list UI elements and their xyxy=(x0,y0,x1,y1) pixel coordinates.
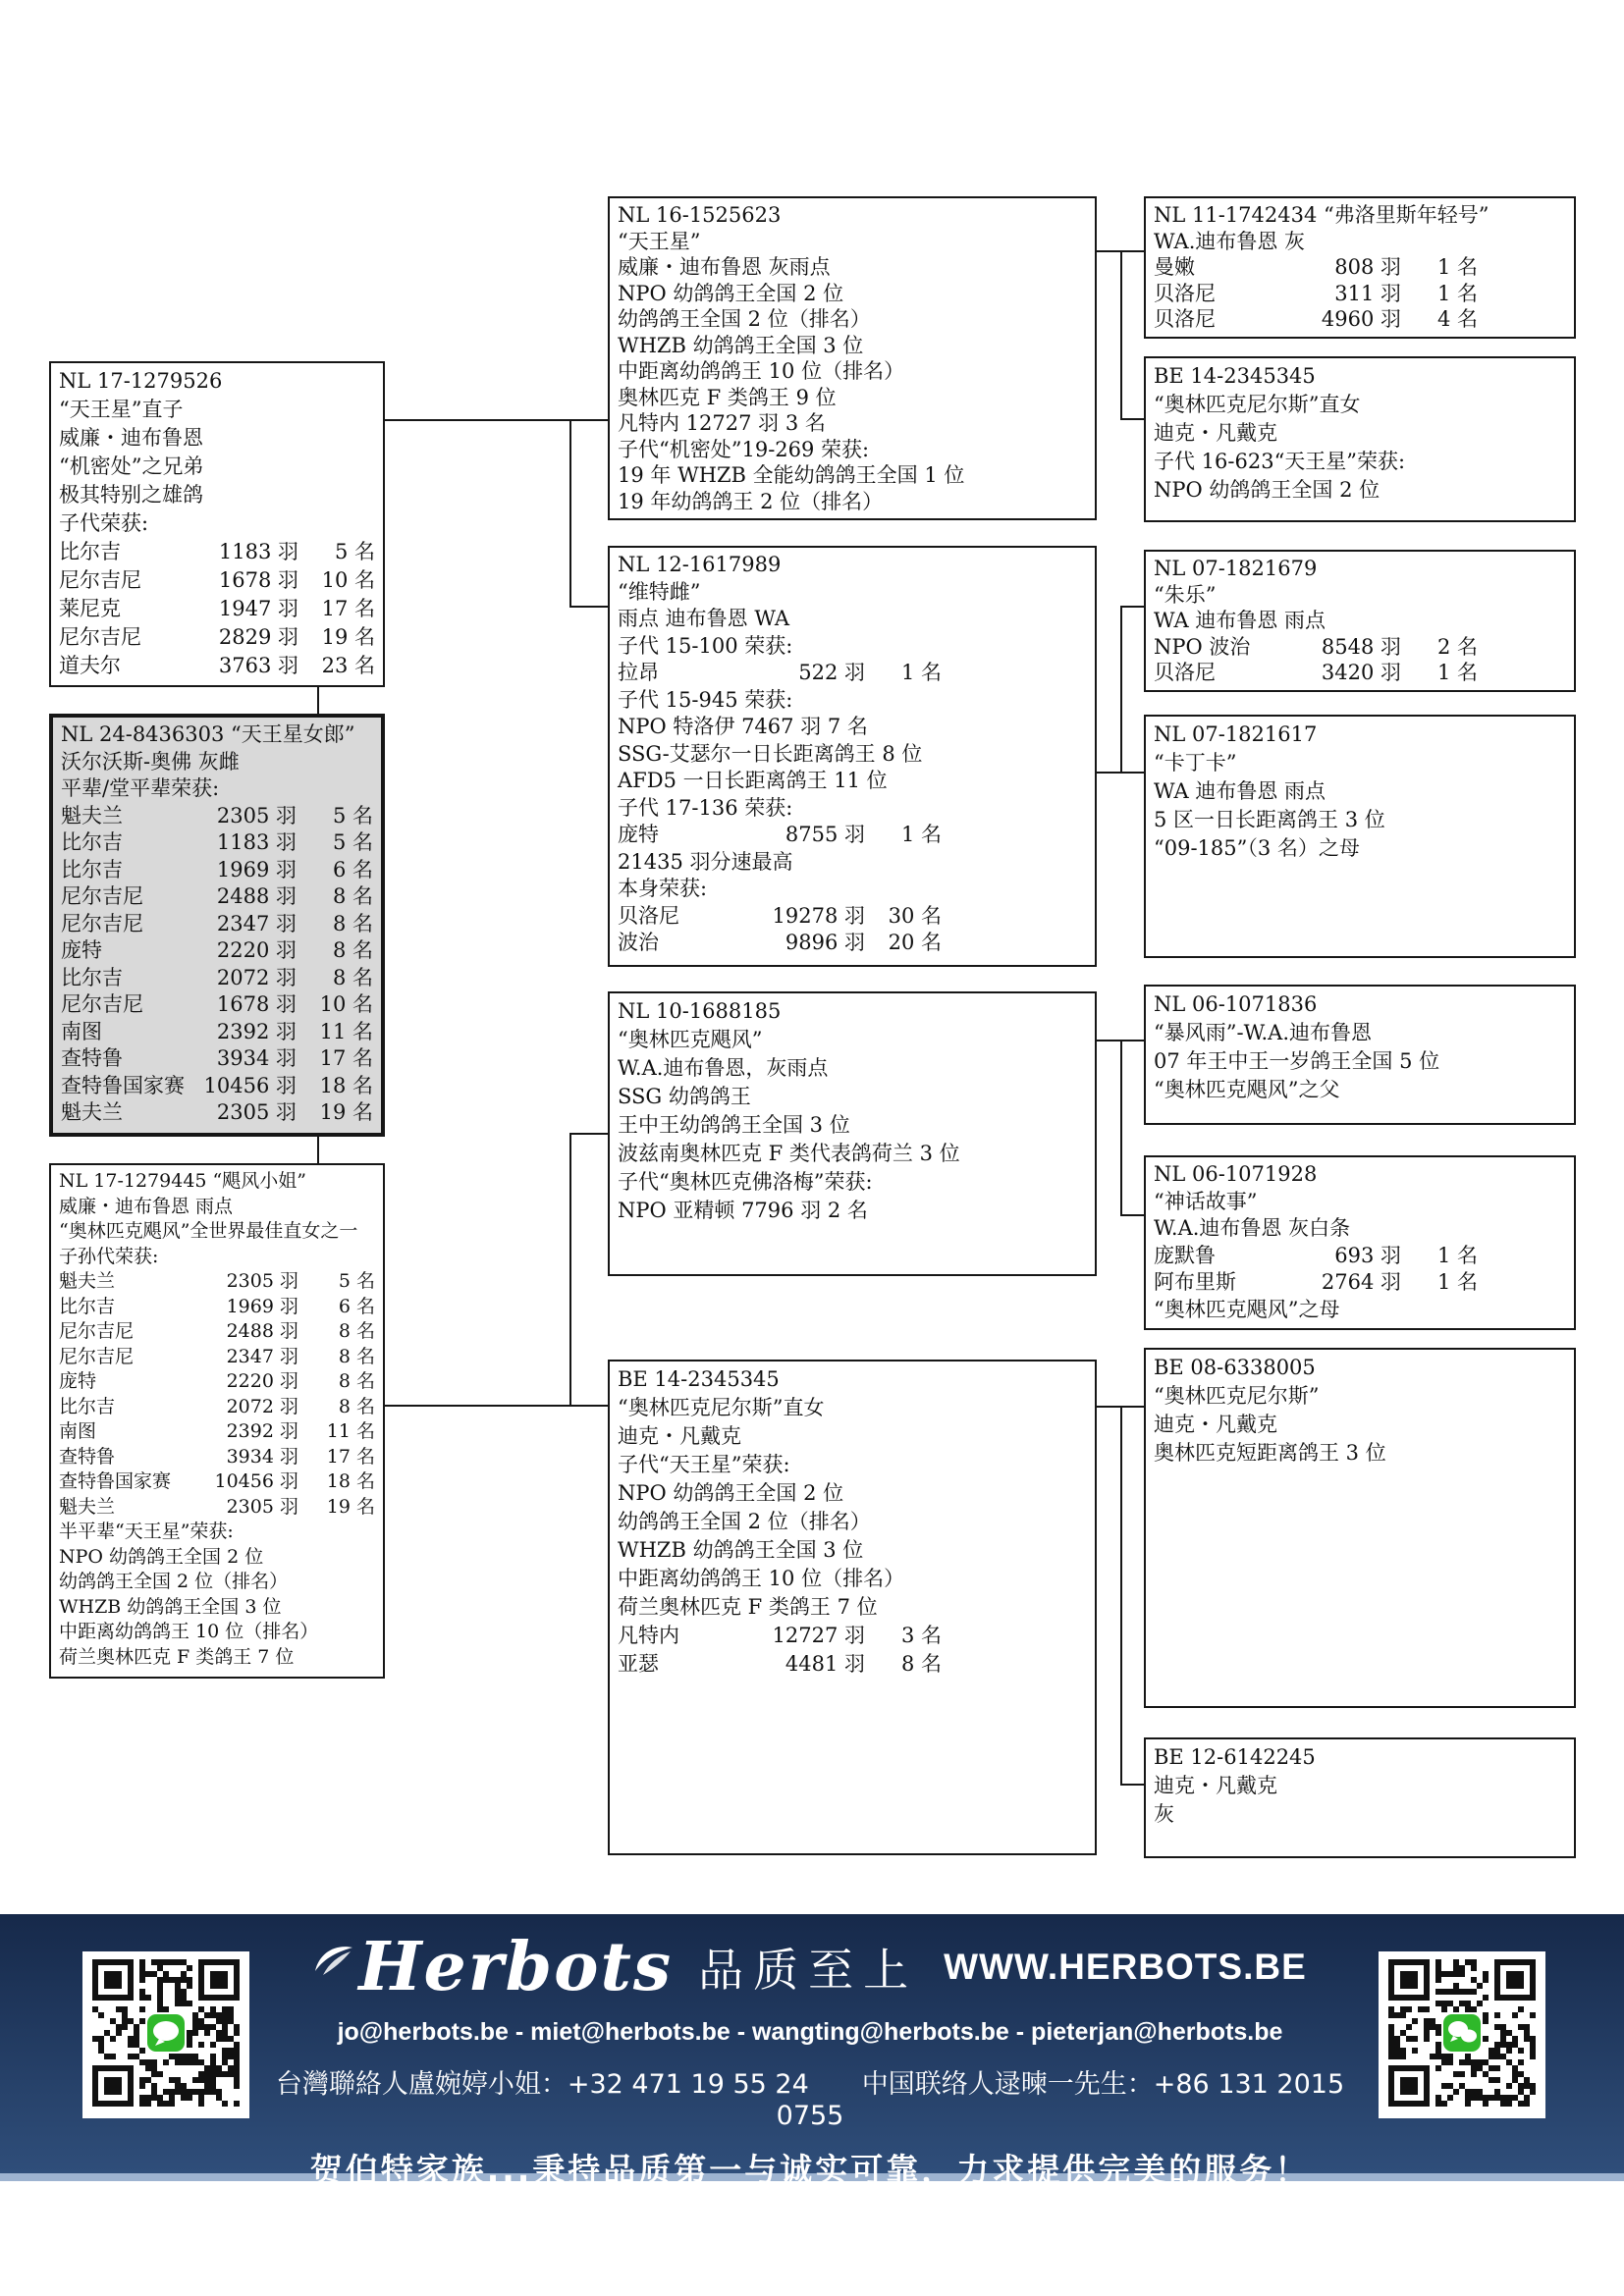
race-result-row: 比尔吉1183 羽5 名 xyxy=(61,829,373,857)
box-text-line: 子代荣获: xyxy=(59,509,375,538)
box-text-line: NL 07-1821617 xyxy=(1154,721,1566,749)
race-name: 比尔吉 xyxy=(59,538,192,566)
race-result-row: 亚瑟4481 羽8 名 xyxy=(618,1650,942,1679)
box-text-line: 19 年幼鸽鸽王 2 位（排名） xyxy=(618,489,1087,515)
race-result-row: 曼嫩808 羽1 名 xyxy=(1154,254,1478,281)
box-text-line: NPO 幼鸽鸽王全国 2 位 xyxy=(1154,476,1566,505)
box-text-line: NPO 幼鸽鸽王全国 2 位 xyxy=(59,1545,375,1571)
race-result-row: 尼尔吉尼2347 羽8 名 xyxy=(59,1345,375,1370)
pedigree-box-l1: NL 17-1279526“天王星”直子威廉・迪布鲁恩“机密处”之兄弟极其特别之… xyxy=(49,361,385,687)
prize-place: 20 名 xyxy=(865,930,942,957)
race-name: 波治 xyxy=(618,930,759,957)
race-result-row: 庞特2220 羽8 名 xyxy=(59,1369,375,1395)
birds-count: 693 羽 xyxy=(1295,1243,1401,1270)
race-name: 凡特内 xyxy=(618,1622,759,1650)
race-name: 比尔吉 xyxy=(61,965,190,992)
box-text-line: “暴风雨”-W.A.迪布鲁恩 xyxy=(1154,1019,1566,1047)
prize-place: 8 名 xyxy=(297,937,373,965)
birds-count: 2305 羽 xyxy=(190,1099,297,1127)
race-result-row: 魁夫兰2305 羽5 名 xyxy=(61,803,373,830)
box-text-line: 奥林匹克短距离鸽王 3 位 xyxy=(1154,1439,1566,1468)
email-list: jo@herbots.be - miet@herbots.be - wangti… xyxy=(250,2018,1370,2047)
birds-count: 3934 羽 xyxy=(190,1045,297,1073)
connector-line xyxy=(317,1137,319,1163)
box-text-line: SSG 幼鸽鸽王 xyxy=(618,1083,1087,1111)
prize-place: 8 名 xyxy=(298,1345,375,1370)
connector-line xyxy=(1120,250,1122,419)
box-text-line: NL 06-1071928 xyxy=(1154,1161,1566,1189)
prize-place: 4 名 xyxy=(1401,306,1478,333)
race-name: 尼尔吉尼 xyxy=(61,991,190,1019)
race-result-row: 比尔吉2072 羽8 名 xyxy=(61,965,373,992)
box-text-line: AFD5 一日长距离鸽王 11 位 xyxy=(618,768,1087,795)
box-text-line: 子代 17-136 荣获: xyxy=(618,795,1087,823)
box-text-line: NL 17-1279445 “飓风小姐” xyxy=(59,1169,375,1195)
connector-line xyxy=(385,1405,608,1407)
birds-count: 2305 羽 xyxy=(192,1269,298,1295)
pedigree-box-r2: BE 14-2345345“奥林匹克尼尔斯”直女迪克・凡戴克子代 16-623“… xyxy=(1144,356,1576,522)
wechat-icon xyxy=(1388,1959,1536,2110)
box-text-line: 凡特内 12727 羽 3 名 xyxy=(618,410,1087,437)
prize-place: 1 名 xyxy=(865,660,942,687)
prize-place: 10 名 xyxy=(298,566,375,595)
pedigree-box-r5: NL 06-1071836“暴风雨”-W.A.迪布鲁恩07 年王中王一岁鸽王全国… xyxy=(1144,985,1576,1125)
birds-count: 10456 羽 xyxy=(190,1073,297,1100)
box-text-line: NL 16-1525623 xyxy=(618,202,1087,229)
connector-line xyxy=(569,419,571,607)
race-name: 查特鲁国家赛 xyxy=(61,1073,190,1100)
box-text-line: 荷兰奥林匹克 F 类鸽王 7 位 xyxy=(618,1593,1087,1622)
race-result-row: 查特鲁3934 羽17 名 xyxy=(61,1045,373,1073)
birds-count: 1183 羽 xyxy=(192,538,298,566)
prize-place: 19 名 xyxy=(297,1099,373,1127)
box-text-line: 子代 16-623“天王星”荣获: xyxy=(1154,448,1566,476)
race-name: 拉昂 xyxy=(618,660,759,687)
box-text-line: SSG-艾瑟尔一日长距离鸽王 8 位 xyxy=(618,741,1087,769)
race-name: 亚瑟 xyxy=(618,1650,759,1679)
box-text-line: NPO 幼鸽鸽王全国 2 位 xyxy=(618,281,1087,307)
box-text-line: 幼鸽鸽王全国 2 位（排名） xyxy=(618,306,1087,333)
box-text-line: NL 12-1617989 xyxy=(618,552,1087,579)
prize-place: 1 名 xyxy=(1401,660,1478,686)
prize-place: 6 名 xyxy=(297,857,373,884)
birds-count: 522 羽 xyxy=(759,660,865,687)
connector-line xyxy=(1120,1040,1122,1215)
race-name: 庞特 xyxy=(618,822,759,849)
birds-count: 2392 羽 xyxy=(190,1019,297,1046)
birds-count: 2072 羽 xyxy=(192,1395,298,1420)
birds-count: 2764 羽 xyxy=(1295,1269,1401,1297)
box-text-line: NPO 幼鸽鸽王全国 2 位 xyxy=(618,1479,1087,1508)
box-text-line: “维特雌” xyxy=(618,579,1087,607)
race-name: 尼尔吉尼 xyxy=(59,623,192,652)
prize-place: 19 名 xyxy=(298,1495,375,1521)
race-name: 庞默鲁 xyxy=(1154,1243,1295,1270)
race-name: 庞特 xyxy=(59,1369,192,1395)
race-name: 贝洛尼 xyxy=(1154,281,1295,307)
box-text-line: WA 迪布鲁恩 雨点 xyxy=(1154,608,1566,634)
prize-place: 1 名 xyxy=(1401,1243,1478,1270)
prize-place: 18 名 xyxy=(297,1073,373,1100)
box-text-line: 迪克・凡戴克 xyxy=(1154,1411,1566,1439)
prize-place: 5 名 xyxy=(297,803,373,830)
prize-place: 8 名 xyxy=(297,965,373,992)
birds-count: 2488 羽 xyxy=(190,883,297,911)
birds-count: 1183 羽 xyxy=(190,829,297,857)
birds-count: 19278 羽 xyxy=(759,903,865,931)
footer-content: Herbots 品质至上 WWW.HERBOTS.BE jo@herbots.b… xyxy=(250,1922,1370,2191)
box-text-line: “卡丁卡” xyxy=(1154,749,1566,777)
race-name: 比尔吉 xyxy=(59,1395,192,1420)
prize-place: 8 名 xyxy=(865,1650,942,1679)
prize-place: 19 名 xyxy=(298,623,375,652)
birds-count: 4481 羽 xyxy=(759,1650,865,1679)
race-result-row: 庞特8755 羽1 名 xyxy=(618,822,942,849)
prize-place: 8 名 xyxy=(298,1319,375,1345)
race-name: 魁夫兰 xyxy=(61,1099,190,1127)
box-text-line: 中距离幼鸽鸽王 10 位（排名） xyxy=(59,1620,375,1645)
box-text-line: 子代 15-945 荣获: xyxy=(618,687,1087,715)
birds-count: 10456 羽 xyxy=(192,1469,298,1495)
birds-count: 2072 羽 xyxy=(190,965,297,992)
race-name: 魁夫兰 xyxy=(59,1269,192,1295)
box-text-line: W.A.迪布鲁恩，灰雨点 xyxy=(618,1054,1087,1083)
race-result-row: 贝洛尼19278 羽30 名 xyxy=(618,903,942,931)
birds-count: 2220 羽 xyxy=(190,937,297,965)
prize-place: 11 名 xyxy=(297,1019,373,1046)
race-result-row: 莱尼克1947 羽17 名 xyxy=(59,595,375,623)
race-result-row: 尼尔吉尼1678 羽10 名 xyxy=(61,991,373,1019)
race-result-row: 庞特2220 羽8 名 xyxy=(61,937,373,965)
box-text-line: NPO 亚精顿 7796 羽 2 名 xyxy=(618,1197,1087,1225)
footer-tagline: 贺伯特家族...秉持品质第一与诚实可靠，力求提供完美的服务！ xyxy=(250,2145,1370,2191)
race-name: 比尔吉 xyxy=(61,857,190,884)
box-text-line: BE 14-2345345 xyxy=(1154,362,1566,391)
pedigree-box-m1: NL 16-1525623“天王星”威廉・迪布鲁恩 灰雨点NPO 幼鸽鸽王全国 … xyxy=(608,196,1097,520)
race-name: 尼尔吉尼 xyxy=(59,1345,192,1370)
race-name: 莱尼克 xyxy=(59,595,192,623)
race-name: 曼嫩 xyxy=(1154,254,1295,281)
race-result-row: 尼尔吉尼2347 羽8 名 xyxy=(61,911,373,938)
box-text-line: “奥林匹克尼尔斯”直女 xyxy=(618,1394,1087,1422)
box-text-line: NL 10-1688185 xyxy=(618,997,1087,1026)
race-result-row: 庞默鲁693 羽1 名 xyxy=(1154,1243,1478,1270)
box-text-line: “朱乐” xyxy=(1154,582,1566,609)
prize-place: 8 名 xyxy=(298,1395,375,1420)
race-name: 南图 xyxy=(59,1419,192,1445)
box-text-line: 中距离幼鸽鸽王 10 位（排名） xyxy=(618,1565,1087,1593)
prize-place: 11 名 xyxy=(298,1419,375,1445)
box-text-line: “奥林匹克飓风”之父 xyxy=(1154,1076,1566,1104)
box-text-line: “神话故事” xyxy=(1154,1189,1566,1216)
race-name: 比尔吉 xyxy=(61,829,190,857)
wechat-qr-code xyxy=(1379,1951,1545,2118)
box-text-line: 威廉・迪布鲁恩 xyxy=(59,424,375,453)
pedigree-box-r4: NL 07-1821617“卡丁卡”WA 迪布鲁恩 雨点5 区一日长距离鸽王 3… xyxy=(1144,715,1576,958)
box-text-line: 雨点 迪布鲁恩 WA xyxy=(618,606,1087,633)
box-text-line: WHZB 幼鸽鸽王全国 3 位 xyxy=(618,1536,1087,1565)
connector-line xyxy=(1120,606,1122,773)
box-text-line: “09-185”（3 名）之母 xyxy=(1154,834,1566,863)
race-result-row: 波治9896 羽20 名 xyxy=(618,930,942,957)
prize-place: 17 名 xyxy=(298,595,375,623)
contact-phones: 台灣聯絡人盧婉婷小姐：+32 471 19 55 24 中国联络人逯暕一先生：+… xyxy=(250,2062,1370,2131)
prize-place: 8 名 xyxy=(297,911,373,938)
race-result-row: 尼尔吉尼2488 羽8 名 xyxy=(59,1319,375,1345)
race-name: 魁夫兰 xyxy=(59,1495,192,1521)
race-name: 尼尔吉尼 xyxy=(59,1319,192,1345)
race-result-row: 南图2392 羽11 名 xyxy=(61,1019,373,1046)
pedigree-box-m4: BE 14-2345345“奥林匹克尼尔斯”直女迪克・凡戴克子代“天王星”荣获:… xyxy=(608,1360,1097,1855)
box-text-line: 子代 15-100 荣获: xyxy=(618,633,1087,661)
prize-place: 1 名 xyxy=(865,822,942,849)
box-text-line: 灰 xyxy=(1154,1800,1566,1829)
birds-count: 2305 羽 xyxy=(192,1495,298,1521)
prize-place: 5 名 xyxy=(297,829,373,857)
race-result-row: 查特鲁3934 羽17 名 xyxy=(59,1445,375,1470)
race-result-row: 查特鲁国家赛10456 羽18 名 xyxy=(61,1073,373,1100)
connector-line xyxy=(1120,1784,1144,1786)
prize-place: 1 名 xyxy=(1401,254,1478,281)
connector-line xyxy=(1120,418,1144,420)
box-text-line: “奥林匹克飓风” xyxy=(618,1026,1087,1054)
birds-count: 8755 羽 xyxy=(759,822,865,849)
prize-place: 1 名 xyxy=(1401,1269,1478,1297)
box-text-line: 07 年王中王一岁鸽王全国 5 位 xyxy=(1154,1047,1566,1076)
race-name: 查特鲁国家赛 xyxy=(59,1469,192,1495)
connector-line xyxy=(569,1133,608,1135)
prize-place: 17 名 xyxy=(298,1445,375,1470)
box-text-line: NPO 特洛伊 7467 羽 7 名 xyxy=(618,714,1087,741)
birds-count: 2347 羽 xyxy=(190,911,297,938)
prize-place: 3 名 xyxy=(865,1622,942,1650)
birds-count: 808 羽 xyxy=(1295,254,1401,281)
prize-place: 6 名 xyxy=(298,1295,375,1320)
race-result-row: 魁夫兰2305 羽5 名 xyxy=(59,1269,375,1295)
box-text-line: 荷兰奥林匹克 F 类鸽王 7 位 xyxy=(59,1645,375,1671)
connector-line xyxy=(569,1133,571,1406)
box-text-line: 子代“天王星”荣获: xyxy=(618,1451,1087,1479)
box-text-line: 幼鸽鸽王全国 2 位（排名） xyxy=(59,1570,375,1595)
box-text-line: NL 17-1279526 xyxy=(59,367,375,396)
prize-place: 5 名 xyxy=(298,1269,375,1295)
box-text-line: WA.迪布鲁恩 灰 xyxy=(1154,229,1566,255)
race-result-row: 拉昂522 羽1 名 xyxy=(618,660,942,687)
birds-count: 1969 羽 xyxy=(192,1295,298,1320)
race-name: 庞特 xyxy=(61,937,190,965)
box-text-line: 本身荣获: xyxy=(618,876,1087,903)
pedigree-sheet: NL 17-1279526“天王星”直子威廉・迪布鲁恩“机密处”之兄弟极其特别之… xyxy=(0,0,1624,2296)
race-name: 查特鲁 xyxy=(59,1445,192,1470)
race-result-row: 尼尔吉尼2829 羽19 名 xyxy=(59,623,375,652)
connector-line xyxy=(1120,606,1144,608)
box-text-line: “机密处”之兄弟 xyxy=(59,453,375,481)
box-text-line: 奥林匹克 F 类鸽王 9 位 xyxy=(618,385,1087,411)
pedigree-box-r3: NL 07-1821679“朱乐”WA 迪布鲁恩 雨点NPO 波治8548 羽2… xyxy=(1144,550,1576,692)
box-text-line: 幼鸽鸽王全国 2 位（排名） xyxy=(618,1508,1087,1536)
birds-count: 1947 羽 xyxy=(192,595,298,623)
box-text-line: “天王星” xyxy=(618,229,1087,255)
connector-line xyxy=(569,606,608,608)
box-text-line: 王中王幼鸽鸽王全国 3 位 xyxy=(618,1111,1087,1140)
birds-count: 2305 羽 xyxy=(190,803,297,830)
birds-count: 2392 羽 xyxy=(192,1419,298,1445)
box-text-line: 波兹南奥林匹克 F 类代表鸽荷兰 3 位 xyxy=(618,1140,1087,1168)
race-name: 阿布里斯 xyxy=(1154,1269,1295,1297)
brand-row: Herbots 品质至上 WWW.HERBOTS.BE xyxy=(250,1922,1370,2012)
prize-place: 23 名 xyxy=(298,652,375,680)
line-icon xyxy=(92,1959,240,2110)
birds-count: 2220 羽 xyxy=(192,1369,298,1395)
birds-count: 3934 羽 xyxy=(192,1445,298,1470)
race-name: 贝洛尼 xyxy=(1154,660,1295,686)
race-name: 尼尔吉尼 xyxy=(61,911,190,938)
box-text-line: 5 区一日长距离鸽王 3 位 xyxy=(1154,806,1566,834)
birds-count: 12727 羽 xyxy=(759,1622,865,1650)
prize-place: 2 名 xyxy=(1401,634,1478,661)
birds-count: 2829 羽 xyxy=(192,623,298,652)
prize-place: 8 名 xyxy=(297,883,373,911)
box-text-line: “奥林匹克飓风”之母 xyxy=(1154,1297,1566,1324)
connector-line xyxy=(317,687,319,714)
box-text-line: 子代“机密处”19-269 荣获: xyxy=(618,437,1087,463)
box-text-line: 平辈/堂平辈荣获: xyxy=(61,775,373,803)
race-result-row: NPO 波治8548 羽2 名 xyxy=(1154,634,1478,661)
box-text-line: 19 年 WHZB 全能幼鸽鸽王全国 1 位 xyxy=(618,462,1087,489)
race-result-row: 尼尔吉尼1678 羽10 名 xyxy=(59,566,375,595)
prize-place: 17 名 xyxy=(297,1045,373,1073)
box-text-line: 极其特别之雄鸽 xyxy=(59,481,375,509)
connector-line xyxy=(1120,1406,1122,1785)
race-name: 贝洛尼 xyxy=(1154,306,1295,333)
box-text-line: NL 11-1742434 “弗洛里斯年轻号” xyxy=(1154,202,1566,229)
race-result-row: 尼尔吉尼2488 羽8 名 xyxy=(61,883,373,911)
birds-count: 1678 羽 xyxy=(192,566,298,595)
race-result-row: 魁夫兰2305 羽19 名 xyxy=(59,1495,375,1521)
box-text-line: 子代“奥林匹克佛洛梅”荣获: xyxy=(618,1168,1087,1197)
connector-line xyxy=(385,419,608,421)
race-result-row: 查特鲁国家赛10456 羽18 名 xyxy=(59,1469,375,1495)
race-result-row: 凡特内12727 羽3 名 xyxy=(618,1622,942,1650)
prize-place: 10 名 xyxy=(297,991,373,1019)
race-result-row: 贝洛尼311 羽1 名 xyxy=(1154,281,1478,307)
race-name: 比尔吉 xyxy=(59,1295,192,1320)
race-result-row: 南图2392 羽11 名 xyxy=(59,1419,375,1445)
pedigree-box-r6: NL 06-1071928“神话故事”W.A.迪布鲁恩 灰白条庞默鲁693 羽1… xyxy=(1144,1155,1576,1330)
race-result-row: 比尔吉1969 羽6 名 xyxy=(59,1295,375,1320)
box-text-line: NL 07-1821679 xyxy=(1154,556,1566,582)
birds-count: 9896 羽 xyxy=(759,930,865,957)
pedigree-box-r1: NL 11-1742434 “弗洛里斯年轻号”WA.迪布鲁恩 灰曼嫩808 羽1… xyxy=(1144,196,1576,339)
birds-count: 2347 羽 xyxy=(192,1345,298,1370)
pedigree-box-r8: BE 12-6142245迪克・凡戴克灰 xyxy=(1144,1737,1576,1858)
race-result-row: 比尔吉1183 羽5 名 xyxy=(59,538,375,566)
feather-swoosh-icon xyxy=(313,1942,354,1987)
pedigree-box-l3: NL 17-1279445 “飓风小姐”威廉・迪布鲁恩 雨点“奥林匹克飓风”全世… xyxy=(49,1163,385,1679)
box-text-line: 半平辈“天王星”荣获: xyxy=(59,1520,375,1545)
box-text-line: 威廉・迪布鲁恩 雨点 xyxy=(59,1195,375,1220)
prize-place: 8 名 xyxy=(298,1369,375,1395)
box-text-line: 21435 羽分速最高 xyxy=(618,849,1087,877)
race-name: 尼尔吉尼 xyxy=(59,566,192,595)
box-text-line: “天王星”直子 xyxy=(59,396,375,424)
box-text-line: WHZB 幼鸽鸽王全国 3 位 xyxy=(618,333,1087,359)
race-name: NPO 波治 xyxy=(1154,634,1295,661)
box-text-line: “奥林匹克飓风”全世界最佳直女之一 xyxy=(59,1219,375,1245)
race-name: 道夫尔 xyxy=(59,652,192,680)
birds-count: 2488 羽 xyxy=(192,1319,298,1345)
herbots-logo: Herbots xyxy=(313,1928,673,2006)
connector-line xyxy=(1120,1214,1144,1216)
slogan-cn: 品质至上 xyxy=(698,1935,918,2000)
box-text-line: “奥林匹克尼尔斯” xyxy=(1154,1382,1566,1411)
box-text-line: 沃尔沃斯-奥佛 灰雌 xyxy=(61,749,373,776)
website-url: WWW.HERBOTS.BE xyxy=(944,1947,1307,1988)
box-text-line: BE 08-6338005 xyxy=(1154,1354,1566,1382)
birds-count: 1969 羽 xyxy=(190,857,297,884)
birds-count: 8548 羽 xyxy=(1295,634,1401,661)
race-result-row: 道夫尔3763 羽23 名 xyxy=(59,652,375,680)
race-result-row: 比尔吉2072 羽8 名 xyxy=(59,1395,375,1420)
box-text-line: WHZB 幼鸽鸽王全国 3 位 xyxy=(59,1595,375,1621)
box-text-line: “奥林匹克尼尔斯”直女 xyxy=(1154,391,1566,419)
race-result-row: 魁夫兰2305 羽19 名 xyxy=(61,1099,373,1127)
race-name: 尼尔吉尼 xyxy=(61,883,190,911)
race-name: 魁夫兰 xyxy=(61,803,190,830)
race-name: 南图 xyxy=(61,1019,190,1046)
box-text-line: 迪克・凡戴克 xyxy=(618,1422,1087,1451)
box-text-line: BE 12-6142245 xyxy=(1154,1743,1566,1772)
birds-count: 311 羽 xyxy=(1295,281,1401,307)
pedigree-box-m3: NL 10-1688185“奥林匹克飓风”W.A.迪布鲁恩，灰雨点SSG 幼鸽鸽… xyxy=(608,991,1097,1276)
prize-place: 1 名 xyxy=(1401,281,1478,307)
box-text-line: 子孙代荣获: xyxy=(59,1245,375,1270)
race-name: 查特鲁 xyxy=(61,1045,190,1073)
pedigree-box-r7: BE 08-6338005“奥林匹克尼尔斯”迪克・凡戴克奥林匹克短距离鸽王 3 … xyxy=(1144,1348,1576,1708)
race-result-row: 阿布里斯2764 羽1 名 xyxy=(1154,1269,1478,1297)
box-text-line: NL 06-1071836 xyxy=(1154,990,1566,1019)
box-text-line: 中距离幼鸽鸽王 10 位（排名） xyxy=(618,358,1087,385)
birds-count: 4960 羽 xyxy=(1295,306,1401,333)
box-text-line: BE 14-2345345 xyxy=(618,1365,1087,1394)
box-text-line: WA 迪布鲁恩 雨点 xyxy=(1154,777,1566,806)
line-qr-code xyxy=(82,1951,249,2118)
pedigree-box-l2: NL 24-8436303 “天王星女郎”沃尔沃斯-奥佛 灰雌平辈/堂平辈荣获:… xyxy=(49,714,385,1137)
brand-text: Herbots xyxy=(358,1928,673,2006)
box-text-line: 威廉・迪布鲁恩 灰雨点 xyxy=(618,254,1087,281)
box-text-line: 迪克・凡戴克 xyxy=(1154,419,1566,448)
box-text-line: W.A.迪布鲁恩 灰白条 xyxy=(1154,1215,1566,1243)
birds-count: 3420 羽 xyxy=(1295,660,1401,686)
race-result-row: 贝洛尼4960 羽4 名 xyxy=(1154,306,1478,333)
birds-count: 3763 羽 xyxy=(192,652,298,680)
birds-count: 1678 羽 xyxy=(190,991,297,1019)
box-text-line: 迪克・凡戴克 xyxy=(1154,1772,1566,1800)
box-text-line: NL 24-8436303 “天王星女郎” xyxy=(61,721,373,749)
prize-place: 18 名 xyxy=(298,1469,375,1495)
race-result-row: 贝洛尼3420 羽1 名 xyxy=(1154,660,1478,686)
prize-place: 30 名 xyxy=(865,903,942,931)
race-result-row: 比尔吉1969 羽6 名 xyxy=(61,857,373,884)
prize-place: 5 名 xyxy=(298,538,375,566)
race-name: 贝洛尼 xyxy=(618,903,759,931)
pedigree-box-m2: NL 12-1617989“维特雌”雨点 迪布鲁恩 WA子代 15-100 荣获… xyxy=(608,546,1097,967)
